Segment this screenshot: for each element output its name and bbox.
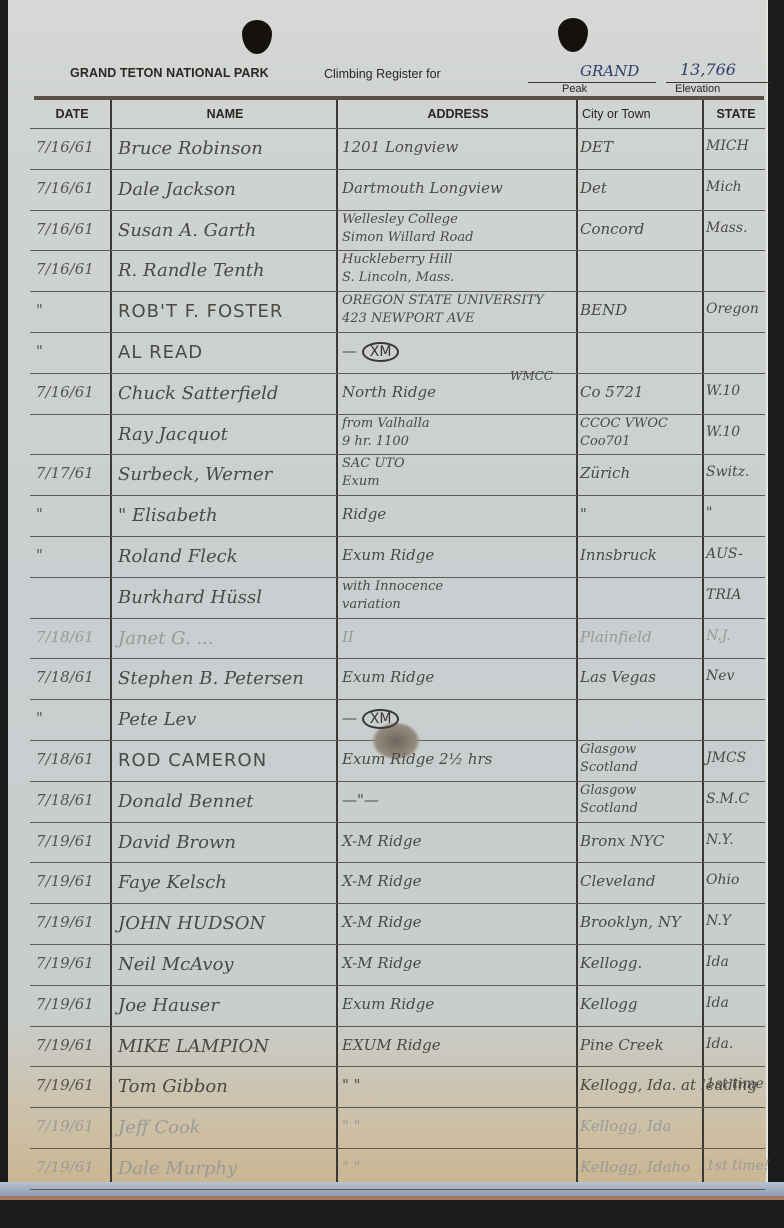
entry-name: Dale Jackson: [118, 179, 236, 200]
ruled-line: [30, 618, 765, 619]
entry-address: X-M Ridge: [342, 872, 422, 890]
peak-line: [528, 82, 656, 83]
ruled-line: [30, 332, 765, 333]
entry-name: Janet G. ...: [118, 628, 214, 649]
entry-date: 7/16/61: [36, 179, 94, 197]
entry-address: X-M Ridge: [342, 832, 422, 850]
entry-city: BEND: [580, 301, 627, 319]
entry-name: Surbeck, Werner: [118, 464, 272, 485]
entry-city: Innsbruck: [580, 546, 657, 564]
entry-address: North Ridge: [342, 383, 436, 401]
entry-address: with Innocence variation: [342, 578, 443, 614]
entry-address: —"—: [342, 791, 379, 809]
entry-state: Mass.: [706, 220, 748, 236]
entry-address: Ridge: [342, 505, 386, 523]
entry-date: 7/17/61: [36, 464, 94, 482]
entry-state: Nev: [706, 668, 734, 684]
column-divider: [110, 100, 112, 1182]
entry-name: Faye Kelsch: [118, 872, 227, 893]
entry-name: Burkhard Hüssl: [118, 587, 262, 608]
entry-name: MIKE LAMPION: [118, 1036, 269, 1057]
ruled-line: [30, 1189, 765, 1190]
entry-state: JMCS: [706, 750, 746, 766]
entry-name: Bruce Robinson: [118, 138, 263, 159]
register-label: Climbing Register for: [324, 67, 441, 81]
entry-city: Bronx NYC: [580, 832, 664, 850]
entry-state: Mich: [706, 179, 742, 195]
ruled-line: [30, 1026, 765, 1027]
entry-address: Exum Ridge: [342, 668, 434, 686]
entry-city: Co 5721: [580, 383, 643, 401]
entry-date: ": [36, 505, 43, 523]
ruled-line: [30, 985, 765, 986]
ruled-line: [30, 781, 765, 782]
entry-date: 7/19/61: [36, 832, 94, 850]
entry-name: Tom Gibbon: [118, 1076, 228, 1097]
ruled-line: [30, 1066, 765, 1067]
entry-address: " ": [342, 1117, 361, 1135]
entry-city: Brooklyn, NY: [580, 913, 681, 931]
ruled-line: [30, 862, 765, 863]
entry-state: MICH: [706, 138, 749, 154]
entry-state: TRIA: [706, 587, 742, 603]
entry-date: 7/16/61: [36, 220, 94, 238]
entry-name: Dale Murphy: [118, 1158, 237, 1179]
entry-name: Donald Bennet: [118, 791, 254, 812]
entry-state: AUS-: [706, 546, 743, 562]
entry-city: Las Vegas: [580, 668, 656, 686]
col-name: NAME: [112, 100, 338, 128]
entry-city: Zürich: [580, 464, 630, 482]
entry-club-note: WMCC: [510, 369, 553, 383]
col-address: ADDRESS: [340, 100, 576, 128]
entry-city: Glasgow Scotland: [580, 782, 638, 818]
entry-name: R. Randle Tenth: [118, 260, 265, 281]
entry-state: S.M.C: [706, 791, 749, 807]
entry-state: N.J.: [706, 628, 731, 644]
xm-route-badge: XM: [362, 709, 400, 729]
entry-date: 7/19/61: [36, 1076, 94, 1094]
ruled-line: [30, 1107, 765, 1108]
col-state: STATE: [704, 100, 768, 128]
entry-date: ": [36, 342, 43, 360]
entry-address: " ": [342, 1076, 361, 1094]
entry-name: ROD CAMERON: [118, 750, 267, 771]
entry-state: N.Y: [706, 913, 731, 929]
entry-date: 7/16/61: [36, 383, 94, 401]
ruled-line: [30, 495, 765, 496]
entry-address: X-M Ridge: [342, 913, 422, 931]
col-city: City or Town: [578, 100, 708, 128]
entry-city: Cleveland: [580, 872, 656, 890]
entry-date: 7/18/61: [36, 628, 94, 646]
entry-city: ": [580, 505, 587, 523]
entry-name: Jeff Cook: [118, 1117, 201, 1138]
mat-edge-shadow: [0, 1196, 784, 1200]
elevation-label: Elevation: [675, 83, 720, 95]
entry-address: from Valhalla 9 hr. 1100: [342, 415, 430, 451]
entry-address: SAC UTO Exum: [342, 455, 405, 491]
ruled-line: [30, 699, 765, 700]
entry-address: Exum Ridge: [342, 995, 434, 1013]
entry-address: EXUM Ridge: [342, 1036, 441, 1054]
entry-address: Huckleberry Hill S. Lincoln, Mass.: [342, 251, 454, 287]
entry-name: David Brown: [118, 832, 236, 853]
entry-name: Ray Jacquot: [118, 424, 228, 445]
entry-name: ROB'T F. FOSTER: [118, 301, 283, 322]
entry-city: Glasgow Scotland: [580, 741, 638, 777]
column-divider: [702, 100, 704, 1182]
entry-city: Kellogg, Idaho: [580, 1158, 690, 1176]
entry-city: Kellogg, Ida: [580, 1117, 672, 1135]
entry-city: Concord: [580, 220, 644, 238]
entry-name: Susan A. Garth: [118, 220, 256, 241]
peak-value: GRAND: [580, 62, 639, 80]
entry-date: 7/16/61: [36, 138, 94, 156]
entry-date: 7/19/61: [36, 1117, 94, 1135]
entry-state: W.10: [706, 383, 740, 399]
entry-name: " Elisabeth: [118, 505, 218, 526]
entry-name: Chuck Satterfield: [118, 383, 278, 404]
entry-state: Ohio: [706, 872, 739, 888]
entry-name: Joe Hauser: [118, 995, 219, 1016]
entry-address: II: [342, 628, 354, 646]
elevation-value: 13,766: [680, 60, 736, 79]
ruled-line: [30, 536, 765, 537]
entry-date: ": [36, 301, 43, 319]
entry-state: Ida.: [706, 1036, 733, 1052]
entry-state: Ida: [706, 954, 729, 970]
entry-state: 1st time!: [706, 1158, 769, 1174]
entry-address: 1201 Longview: [342, 138, 458, 156]
column-divider: [576, 100, 578, 1182]
ruled-line: [30, 169, 765, 170]
entry-date: 7/18/61: [36, 668, 94, 686]
ruled-line: [30, 1148, 765, 1149]
entry-state: W.10: [706, 424, 740, 440]
entry-date: 7/19/61: [36, 872, 94, 890]
entry-address: Exum Ridge: [342, 546, 434, 564]
entry-date: 7/19/61: [36, 913, 94, 931]
entry-address: Exum Ridge 2½ hrs: [342, 750, 492, 768]
entry-state: N.Y.: [706, 832, 734, 848]
peak-label: Peak: [562, 83, 587, 95]
ruled-line: [30, 822, 765, 823]
entry-date: ": [36, 546, 43, 564]
entry-city: DET: [580, 138, 613, 156]
ruled-line: [30, 658, 765, 659]
entry-address: — XM: [342, 342, 399, 362]
entry-state: Ida: [706, 995, 729, 1011]
entry-state: 1st time: [706, 1076, 764, 1092]
entry-address: X-M Ridge: [342, 954, 422, 972]
entry-name: AL READ: [118, 342, 203, 363]
entry-name: Pete Lev: [118, 709, 196, 730]
xm-route-badge: XM: [362, 342, 400, 362]
park-title: GRAND TETON NATIONAL PARK: [70, 66, 269, 80]
entry-date: 7/19/61: [36, 1158, 94, 1176]
entry-address: — XM: [342, 709, 399, 729]
entry-city: Plainfield: [580, 628, 652, 646]
entry-address: Wellesley College Simon Willard Road: [342, 211, 473, 247]
entry-state: ": [706, 505, 712, 521]
entry-date: ": [36, 709, 43, 727]
col-date: DATE: [34, 100, 110, 128]
entry-date: 7/19/61: [36, 954, 94, 972]
ruled-line: [30, 128, 765, 129]
entry-name: Stephen B. Petersen: [118, 668, 304, 689]
entry-city: Pine Creek: [580, 1036, 664, 1054]
entry-name: Neil McAvoy: [118, 954, 234, 975]
entry-city: Det: [580, 179, 607, 197]
entry-date: 7/19/61: [36, 1036, 94, 1054]
ruled-line: [30, 944, 765, 945]
entry-name: Roland Fleck: [118, 546, 238, 567]
entry-date: 7/19/61: [36, 995, 94, 1013]
entry-city: CCOC VWOC Coo701: [580, 415, 668, 451]
entry-date: 7/18/61: [36, 791, 94, 809]
entry-address: Dartmouth Longview: [342, 179, 503, 197]
entry-state: Switz.: [706, 464, 750, 480]
entry-state: Oregon: [706, 301, 759, 317]
entry-address: OREGON STATE UNIVERSITY 423 NEWPORT AVE: [342, 292, 544, 328]
column-divider: [336, 100, 338, 1182]
entry-address: " ": [342, 1158, 361, 1176]
entry-date: 7/18/61: [36, 750, 94, 768]
ruled-line: [30, 903, 765, 904]
ruled-line: [30, 373, 765, 374]
entry-city: Kellogg: [580, 995, 638, 1013]
entry-name: JOHN HUDSON: [118, 913, 265, 934]
entry-city: Kellogg.: [580, 954, 642, 972]
entry-date: 7/16/61: [36, 260, 94, 278]
